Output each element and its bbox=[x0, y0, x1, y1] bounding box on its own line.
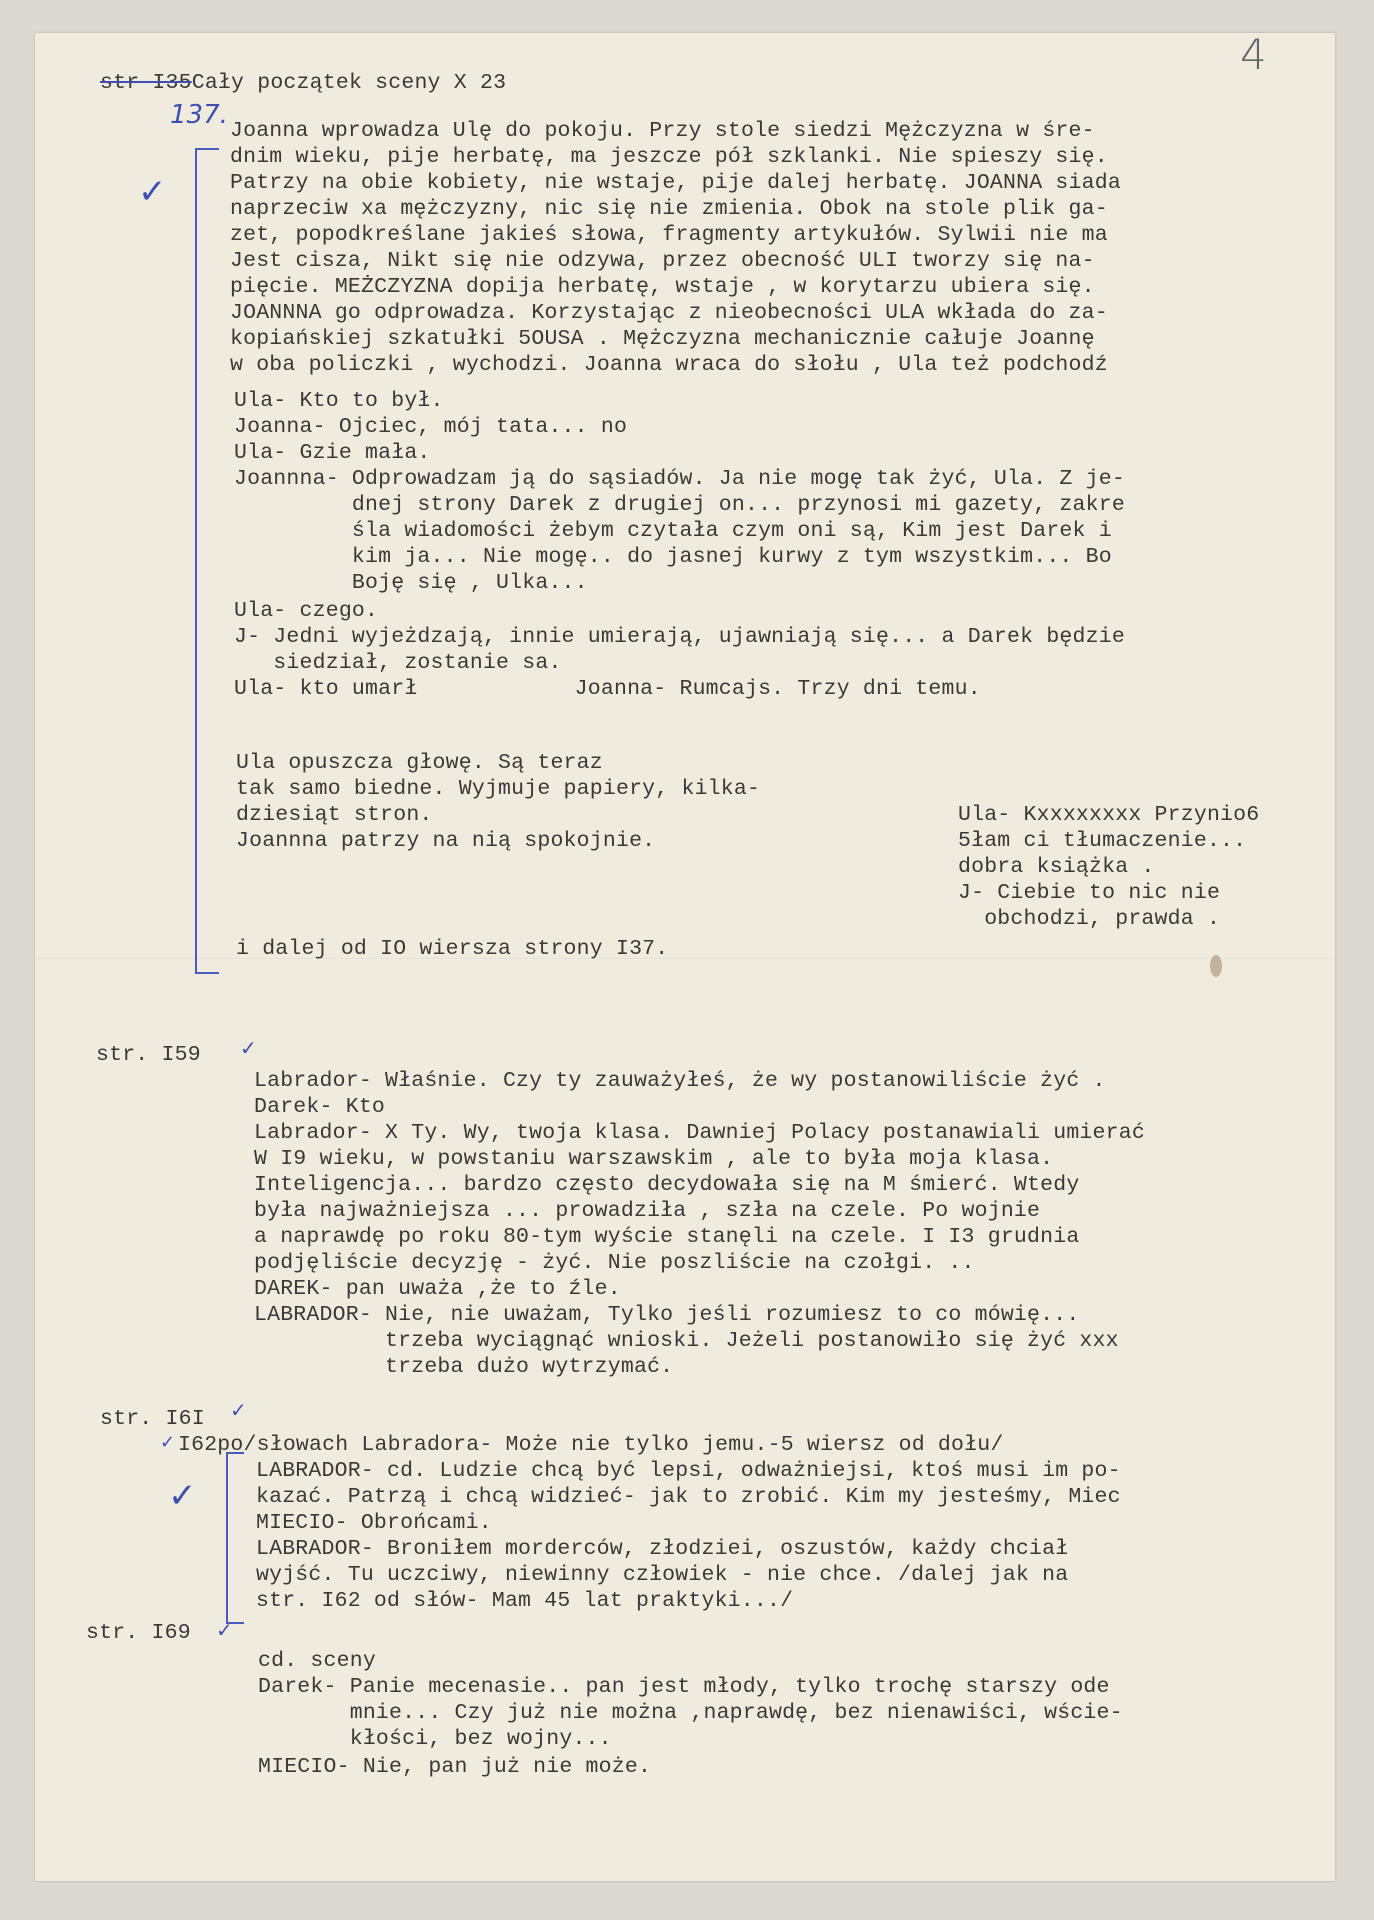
text-line: dnim wieku, pije herbatę, ma jeszcze pół… bbox=[230, 144, 1108, 170]
side-dialogue: J- Ciebie to nic nie bbox=[958, 880, 1220, 906]
dialogue-line: trzeba dużo wytrzymać. bbox=[254, 1354, 673, 1380]
text-line: naprzeciw xa mężczyzny, nic się nie zmie… bbox=[230, 196, 1108, 222]
check-mark-icon: ✓ bbox=[138, 172, 167, 212]
stage-direction: tak samo biedne. Wyjmuje papiery, kilka- bbox=[236, 776, 760, 802]
side-dialogue: dobra książka . bbox=[958, 854, 1155, 880]
dialogue-line: str. I62 od słów- Mam 45 lat praktyki...… bbox=[256, 1588, 793, 1614]
handwritten-page-number: 4 bbox=[1240, 30, 1267, 79]
dialogue-line: kazać. Patrzą i chcą widzieć- jak to zro… bbox=[256, 1484, 1121, 1510]
check-mark-icon: ✓ bbox=[240, 1036, 257, 1060]
page-reference: str. I59 bbox=[96, 1042, 201, 1068]
paper-fold bbox=[35, 958, 1335, 960]
side-dialogue: obchodzi, prawda . bbox=[958, 906, 1220, 932]
dialogue-line: Ula- kto umarł Joanna- Rumcajs. Trzy dni… bbox=[234, 676, 981, 702]
text-line: JOANNNA go odprowadza. Korzystając z nie… bbox=[230, 300, 1108, 326]
check-mark-icon: ✓ bbox=[230, 1398, 247, 1422]
struck-reference: str I35 bbox=[100, 71, 192, 95]
dialogue-line: Joannna- Odprowadzam ją do sąsiadów. Ja … bbox=[234, 466, 1125, 492]
dialogue-line: LABRADOR- Broniłem morderców, złodziei, … bbox=[256, 1536, 1068, 1562]
dialogue-line: mnie... Czy już nie można ,naprawdę, bez… bbox=[258, 1700, 1123, 1726]
dialogue-line: Labrador- Właśnie. Czy ty zauważyłeś, że… bbox=[254, 1068, 1106, 1094]
margin-bracket bbox=[226, 1452, 244, 1624]
text-line: Jest cisza, Nikt się nie odzywa, przez o… bbox=[230, 248, 1095, 274]
dialogue-line: LABRADOR- cd. Ludzie chcą być lepsi, odw… bbox=[256, 1458, 1121, 1484]
header-line: str I35Cały początek sceny X 23 bbox=[100, 70, 506, 96]
dialogue-line: Ula- Gzie mała. bbox=[234, 440, 431, 466]
dialogue-line: MIECIO- Nie, pan już nie może. bbox=[258, 1754, 651, 1780]
side-dialogue: Ula- Kxxxxxxxx Przynio6 bbox=[958, 802, 1259, 828]
continuation-note: i dalej od IO wiersza strony I37. bbox=[236, 936, 668, 962]
dialogue-line: Darek- Panie mecenasie.. pan jest młody,… bbox=[258, 1674, 1110, 1700]
dialogue-line: Labrador- X Ty. Wy, twoja klasa. Dawniej… bbox=[254, 1120, 1145, 1146]
dialogue-line: Joanna- Ojciec, mój tata... no bbox=[234, 414, 627, 440]
text-line: Joanna wprowadza Ulę do pokoju. Przy sto… bbox=[230, 118, 1095, 144]
dialogue-line: W I9 wieku, w powstaniu warszawskim , al… bbox=[254, 1146, 1053, 1172]
check-mark-icon: ✓ bbox=[160, 1432, 175, 1453]
text-line: Patrzy na obie kobiety, nie wstaje, pije… bbox=[230, 170, 1121, 196]
side-dialogue: 5łam ci tłumaczenie... bbox=[958, 828, 1246, 854]
text-line: kopiańskiej szkatułki 5OUSA . Mężczyzna … bbox=[230, 326, 1095, 352]
margin-bracket bbox=[195, 148, 219, 974]
dialogue-line: LABRADOR- Nie, nie uważam, Tylko jeśli r… bbox=[254, 1302, 1079, 1328]
stain bbox=[1210, 955, 1222, 977]
dialogue-line: Ula- Kto to był. bbox=[234, 388, 444, 414]
dialogue-line: siedział, zostanie sa. bbox=[234, 650, 562, 676]
text-line: zet, popodkreślane jakieś słowa, fragmen… bbox=[230, 222, 1108, 248]
text-line: pięcie. MEŻCZYZNA dopija herbatę, wstaje… bbox=[230, 274, 1095, 300]
dialogue-line: kłości, bez wojny... bbox=[258, 1726, 612, 1752]
check-mark-icon: ✓ bbox=[216, 1618, 233, 1642]
stage-direction: dziesiąt stron. bbox=[236, 802, 433, 828]
stage-direction: Joannna patrzy na nią spokojnie. bbox=[236, 828, 655, 854]
check-mark-icon: ✓ bbox=[168, 1476, 197, 1516]
dialogue-line: dnej strony Darek z drugiej on... przyno… bbox=[234, 492, 1125, 518]
dialogue-line: Darek- Kto bbox=[254, 1094, 385, 1120]
dialogue-line: wyjść. Tu uczciwy, niewinny człowiek - n… bbox=[256, 1562, 1068, 1588]
dialogue-line: podjęliście decyzję - żyć. Nie poszliści… bbox=[254, 1250, 975, 1276]
dialogue-line: J- Jedni wyjeżdzają, innie umierają, uja… bbox=[234, 624, 1125, 650]
page-reference: str. I6I bbox=[100, 1406, 205, 1432]
dialogue-line: Ula- czego. bbox=[234, 598, 378, 624]
dialogue-line: trzeba wyciągnąć wnioski. Jeżeli postano… bbox=[254, 1328, 1119, 1354]
dialogue-line: cd. sceny bbox=[258, 1648, 376, 1674]
dialogue-line: DAREK- pan uważa ,że to źle. bbox=[254, 1276, 621, 1302]
dialogue-line: kim ja... Nie mogę.. do jasnej kurwy z t… bbox=[234, 544, 1112, 570]
dialogue-line: śla wiadomości żebym czytała czym oni są… bbox=[234, 518, 1112, 544]
text-line: w oba policzki , wychodzi. Joanna wraca … bbox=[230, 352, 1108, 378]
page-reference: str. I69 bbox=[86, 1620, 191, 1646]
dialogue-line: Boję się , Ulka... bbox=[234, 570, 588, 596]
dialogue-line: była najważniejsza ... prowadziła , szła… bbox=[254, 1198, 1040, 1224]
scene-title: Cały początek sceny X 23 bbox=[192, 71, 506, 95]
dialogue-line: MIECIO- Obrońcami. bbox=[256, 1510, 492, 1536]
handwritten-page-ref: 137. bbox=[170, 100, 228, 130]
page-reference-note: I62po/słowach Labradora- Może nie tylko … bbox=[178, 1432, 1003, 1458]
dialogue-line: a naprawdę po roku 80-tym wyście stanęli… bbox=[254, 1224, 1079, 1250]
stage-direction: Ula opuszcza głowę. Są teraz bbox=[236, 750, 603, 776]
dialogue-line: Inteligencja... bardzo często decydowała… bbox=[254, 1172, 1079, 1198]
